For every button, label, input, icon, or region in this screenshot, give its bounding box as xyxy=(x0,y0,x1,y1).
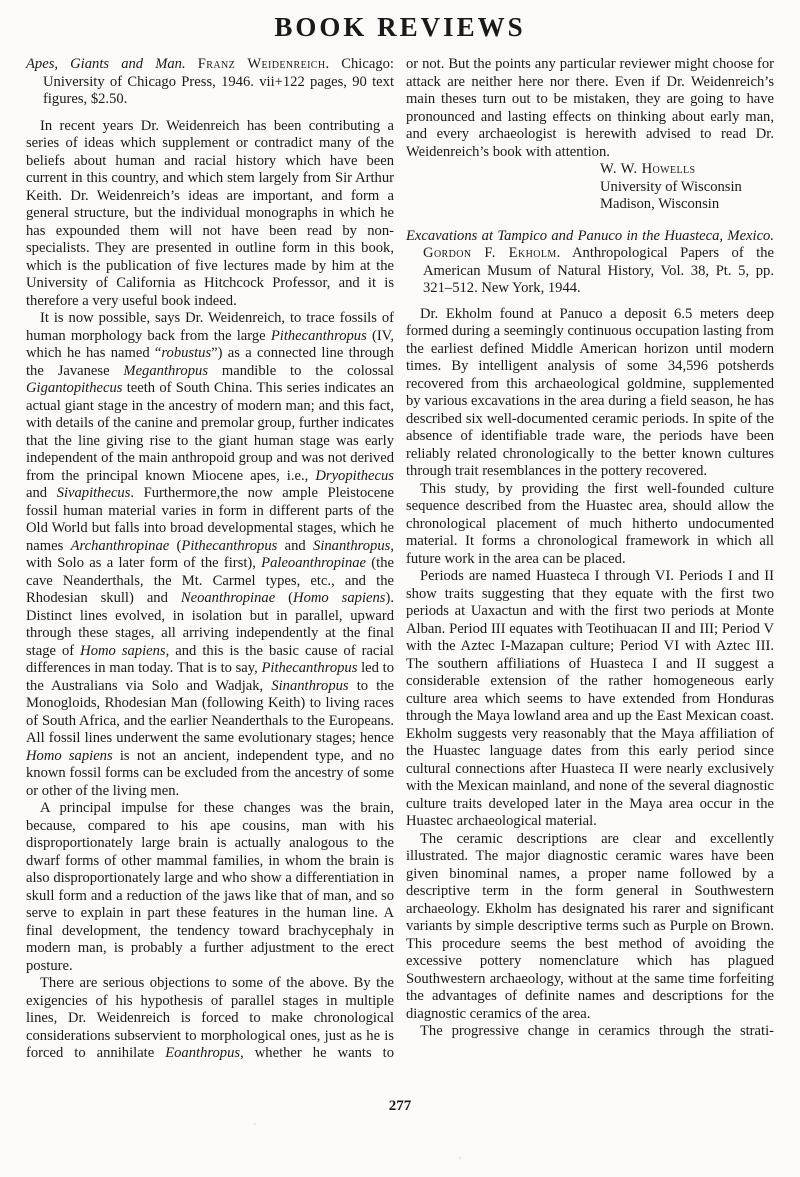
two-column-body: Apes, Giants and Man. Franz Weidenreich.… xyxy=(0,43,800,1063)
book-citation-weidenreich: Apes, Giants and Man. Franz Weidenreich.… xyxy=(26,56,394,109)
review-paragraph-continuation: or not. But the points any particular re… xyxy=(406,56,774,161)
right-column: or not. But the points any particular re… xyxy=(406,56,774,1063)
book-citation-ekholm: Excavations at Tampico and Panuco in the… xyxy=(406,228,774,298)
scanned-journal-page: BOOK REVIEWS Apes, Giants and Man. Franz… xyxy=(0,0,800,1177)
review-paragraph: The progressive change in ceramics throu… xyxy=(406,1023,774,1041)
review-paragraph: In recent years Dr. Weidenreich has been… xyxy=(26,118,394,311)
left-column: Apes, Giants and Man. Franz Weidenreich.… xyxy=(26,56,394,1063)
review-paragraph: Dr. Ekholm found at Panuco a deposit 6.5… xyxy=(406,306,774,481)
reviewer-affiliation: University of Wisconsin xyxy=(600,179,774,197)
page-number: 277 xyxy=(0,1098,800,1115)
review-paragraph: A principal impulse for these changes wa… xyxy=(26,800,394,975)
review-paragraph: This study, by providing the first well-… xyxy=(406,481,774,569)
reviewer-location: Madison, Wisconsin xyxy=(600,196,774,214)
review-paragraph: It is now possible, says Dr. Weidenreich… xyxy=(26,310,394,800)
reviewer-name: W. W. Howells xyxy=(600,161,774,179)
page-title: BOOK REVIEWS xyxy=(0,0,800,43)
review-paragraph: The ceramic descriptions are clear and e… xyxy=(406,831,774,1024)
review-paragraph: Periods are named Huasteca I through VI.… xyxy=(406,568,774,831)
reviewer-signature: W. W. Howells University of Wisconsin Ma… xyxy=(600,161,774,214)
review-paragraph: There are serious objections to some of … xyxy=(26,975,394,1063)
